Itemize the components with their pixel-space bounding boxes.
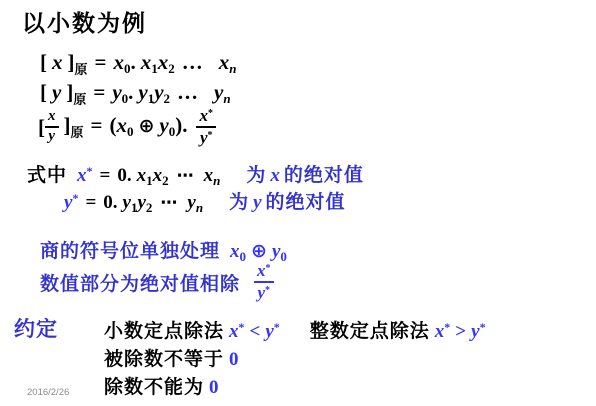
equals-sign: = [91, 113, 103, 137]
page-title: 以小数为例 [22, 10, 147, 36]
value-part-line: 数值部分为绝对值相除x*y* [40, 259, 274, 305]
var-y1: y [138, 80, 147, 104]
fraction-denominator: y* [200, 128, 213, 147]
convention-row-2: 被除数不等于0 [104, 344, 239, 371]
title-row: 以小数为例 [22, 5, 147, 38]
xor-icon: ⊕ [138, 115, 154, 137]
convention-label-row: 约定 [14, 313, 58, 343]
ellipsis: … [177, 80, 200, 104]
sub-n: n [223, 91, 230, 106]
var-y2: y [154, 80, 163, 104]
zero-value: 0 [209, 377, 219, 398]
fraction-xstar-over-ystar: x*y* [254, 262, 274, 302]
zero-value: 0 [229, 349, 239, 370]
desc-y-abs: 为y的绝对值 [229, 195, 345, 212]
cdots: ⋯ [177, 166, 194, 186]
formula-x-source-code: [x]原=x0.x1x2…xn [40, 50, 236, 78]
fraction-x-over-y: xy [45, 109, 59, 145]
sub-0: 0 [127, 124, 134, 139]
ellipsis: … [182, 50, 205, 74]
fraction-numerator: x [45, 109, 59, 128]
var-x1: x [141, 50, 152, 74]
mid-chunk: ]原=(x0⊕y0). [59, 113, 188, 141]
sub-2: 2 [168, 61, 175, 76]
var-x2: x [158, 50, 169, 74]
definition-x-abs: 式中x*=0.x1x2⋯xn为x的绝对值 [27, 160, 364, 189]
var-x0: x [116, 113, 127, 137]
dividend-text: 被除数不等于 [104, 349, 224, 370]
cdots: ⋯ [160, 193, 177, 213]
fraction-denominator: y [48, 128, 55, 145]
fraction-xstar-over-ystar: x*y* [196, 107, 216, 147]
slide: 以小数为例 [x]原=x0.x1x2…xn [y]原=y0.y1y2…yn [x… [0, 0, 596, 406]
math-xstar-gt-ystar: x*>y* [435, 321, 486, 342]
fraction-denominator: y* [257, 283, 270, 302]
math-ystar-def: y*=0.y1y2⋯yn [64, 192, 203, 213]
open-bracket: [ [38, 115, 45, 140]
math-xstar-def: x*=0.x1x2⋯xn [77, 165, 220, 186]
var-xn: x [219, 50, 230, 74]
var-y: y [52, 80, 61, 104]
footer-row: 2016/2/26 [27, 382, 69, 400]
close-bracket: ] [64, 113, 71, 137]
label-shizhong: 式中 [27, 165, 67, 186]
value-text: 数值部分为绝对值相除 [40, 269, 240, 296]
desc-x-abs: 为x的绝对值 [246, 168, 364, 185]
close-bracket: ] [68, 50, 75, 74]
subscript-yuan: 原 [75, 62, 88, 77]
divisor-text: 除数不能为 [104, 377, 204, 398]
slide-date: 2016/2/26 [27, 387, 69, 398]
var-x: x [52, 50, 63, 74]
var-y0: y [112, 80, 121, 104]
subscript-yuan: 原 [71, 125, 84, 140]
equals-sign: = [95, 50, 107, 74]
formula-quotient-source-code: [xy]原=(x0⊕y0).x*y* [38, 103, 216, 151]
sub-n: n [229, 61, 236, 76]
decimal-division-text: 小数定点除法 [104, 321, 224, 342]
var-y0: y [159, 113, 168, 137]
equals-sign: = [93, 80, 105, 104]
convention-row-3: 除数不能为0 [104, 372, 219, 399]
convention-row-1: 小数定点除法x*<y*整数定点除法x*>y* [104, 316, 486, 343]
fraction-numerator: x* [196, 107, 216, 128]
convention-label: 约定 [14, 318, 58, 341]
integer-division-text: 整数定点除法 [310, 321, 430, 342]
open-bracket: [ [40, 80, 47, 104]
point: . [130, 50, 135, 74]
math-xstar-lt-ystar: x*<y* [229, 321, 280, 342]
close-paren-point: ). [175, 113, 187, 137]
open-bracket: [ [40, 50, 47, 74]
fraction-numerator: x* [254, 262, 274, 283]
point: . [128, 80, 133, 104]
var-x0: x [113, 50, 124, 74]
definition-y-abs: y*=0.y1y2⋯yn为y的绝对值 [64, 187, 346, 216]
var-yn: y [214, 80, 223, 104]
